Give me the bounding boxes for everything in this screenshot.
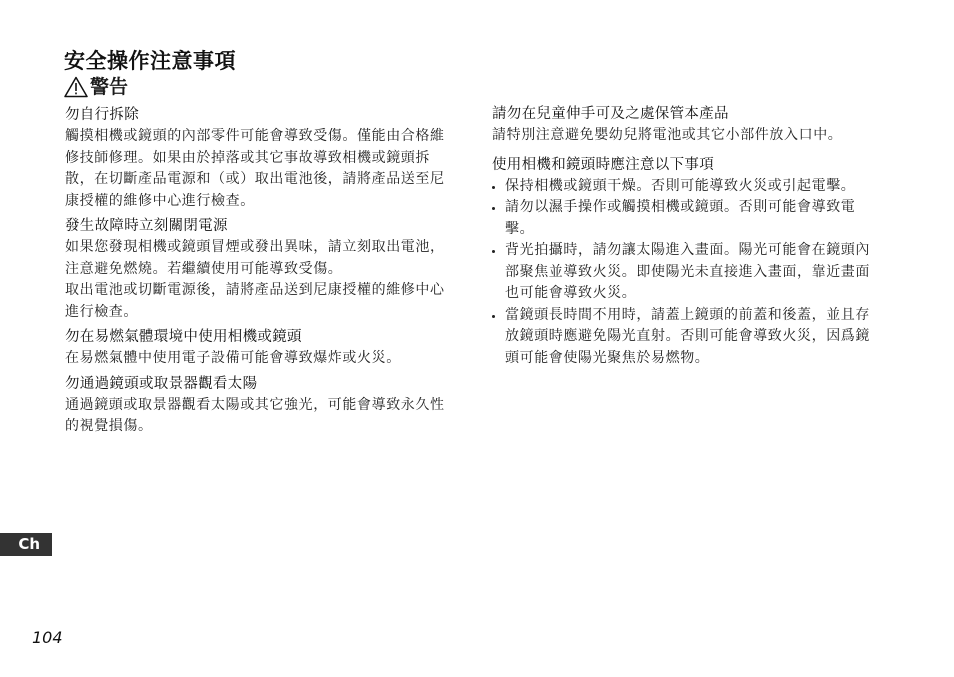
warning-heading: 警告: [64, 74, 128, 100]
section-heading: 請勿在兒童伸手可及之處保管本產品: [492, 104, 882, 125]
list-item: 當鏡頭長時間不用時，請蓋上鏡頭的前蓋和後蓋，並且存放鏡頭時應避免陽光直射。否則可…: [492, 305, 882, 370]
warning-triangle-icon: [64, 76, 88, 98]
list-item: 背光拍攝時，請勿讓太陽進入畫面。陽光可能會在鏡頭內部聚焦並導致火災。即使陽光未直…: [492, 240, 882, 305]
page-number: 104: [32, 628, 63, 647]
section-heading: 發生故障時立刻關閉電源: [65, 216, 455, 237]
section-body: 取出電池或切斷電源後，請將產品送到尼康授權的維修中心進行檢查。: [65, 280, 455, 323]
list-item: 保持相機或鏡頭干燥。否則可能導致火災或引起電擊。: [492, 176, 882, 198]
right-column: 請勿在兒童伸手可及之處保管本產品 請特別注意避免嬰幼兒將電池或其它小部件放入口中…: [492, 104, 882, 373]
section-body: 觸摸相機或鏡頭的內部零件可能會導致受傷。僅能由合格維修技師修理。如果由於掉落或其…: [65, 126, 455, 212]
section-heading: 使用相機和鏡頭時應注意以下事項: [492, 155, 882, 176]
section-do-not-look-at-sun: 勿通過鏡頭或取景器觀看太陽 通過鏡頭或取景器觀看太陽或其它強光，可能會導致永久性…: [65, 374, 455, 438]
language-tab: Ch: [0, 533, 52, 556]
section-usage-precautions: 使用相機和鏡頭時應注意以下事項 保持相機或鏡頭干燥。否則可能導致火災或引起電擊。…: [492, 155, 882, 370]
left-column: 勿自行拆除 觸摸相機或鏡頭的內部零件可能會導致受傷。僅能由合格維修技師修理。如果…: [65, 105, 455, 442]
section-heading: 勿通過鏡頭或取景器觀看太陽: [65, 374, 455, 395]
page-title: 安全操作注意事項: [64, 47, 236, 75]
section-power-off-on-malfunction: 發生故障時立刻關閉電源 如果您發現相機或鏡頭冒煙或發出異味，請立刻取出電池，注意…: [65, 216, 455, 323]
section-flammable-gas: 勿在易燃氣體環境中使用相機或鏡頭 在易燃氣體中使用電子設備可能會導致爆炸或火災。: [65, 327, 455, 370]
section-body: 請特別注意避免嬰幼兒將電池或其它小部件放入口中。: [492, 125, 882, 147]
section-keep-from-children: 請勿在兒童伸手可及之處保管本產品 請特別注意避免嬰幼兒將電池或其它小部件放入口中…: [492, 104, 882, 147]
precaution-list: 保持相機或鏡頭干燥。否則可能導致火災或引起電擊。 請勿以濕手操作或觸摸相機或鏡頭…: [492, 176, 882, 370]
section-body: 通過鏡頭或取景器觀看太陽或其它強光，可能會導致永久性的視覺損傷。: [65, 395, 455, 438]
warning-label: 警告: [90, 74, 128, 100]
language-tab-label: Ch: [18, 533, 52, 556]
section-do-not-disassemble: 勿自行拆除 觸摸相機或鏡頭的內部零件可能會導致受傷。僅能由合格維修技師修理。如果…: [65, 105, 455, 212]
section-heading: 勿自行拆除: [65, 105, 455, 126]
section-body: 在易燃氣體中使用電子設備可能會導致爆炸或火災。: [65, 348, 455, 370]
list-item: 請勿以濕手操作或觸摸相機或鏡頭。否則可能會導致電擊。: [492, 197, 882, 240]
section-heading: 勿在易燃氣體環境中使用相機或鏡頭: [65, 327, 455, 348]
section-body: 如果您發現相機或鏡頭冒煙或發出異味，請立刻取出電池，注意避免燃燒。若繼續使用可能…: [65, 237, 455, 280]
